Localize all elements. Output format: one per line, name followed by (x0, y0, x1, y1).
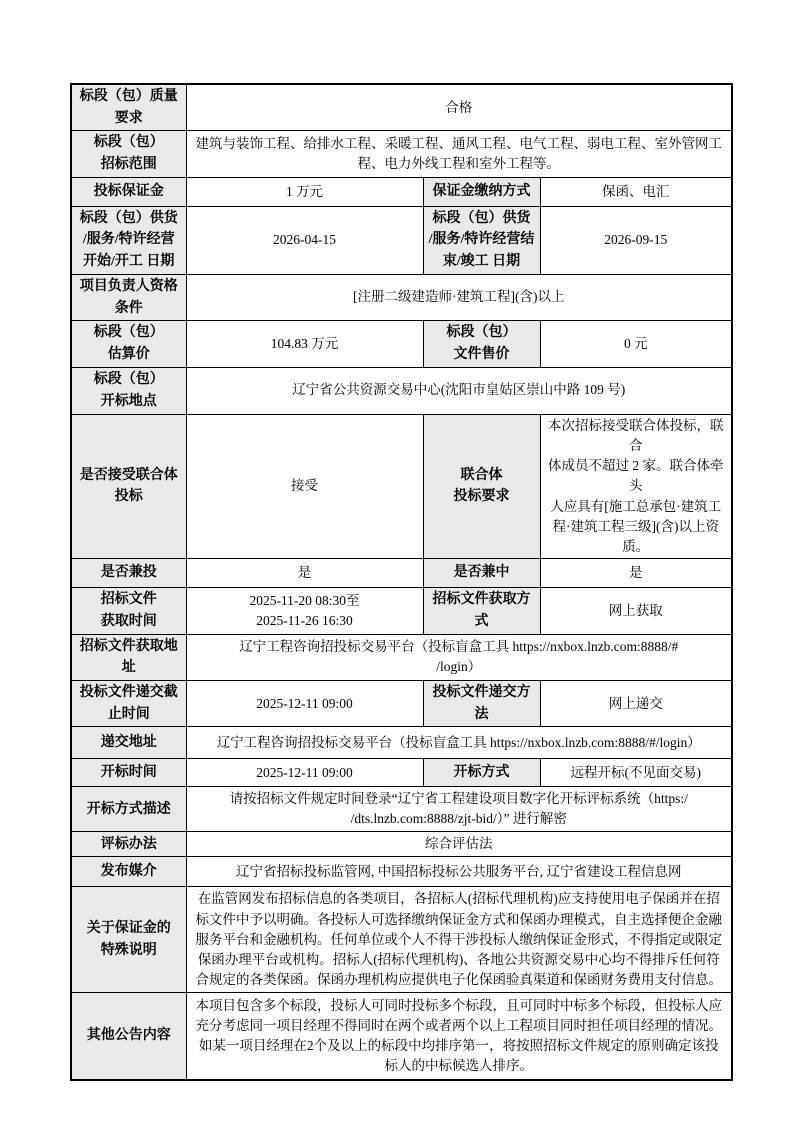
field-value: 104.83 万元 (186, 321, 423, 367)
field-label: 其他公告内容 (71, 993, 186, 1080)
field-label: 是否兼投 (71, 559, 186, 588)
field-label: 项目负责人资格 条件 (71, 274, 186, 320)
field-value: 2026-09-15 (540, 206, 732, 274)
table-row: 项目负责人资格 条件[注册二级建造师·建筑工程](含)以上 (71, 274, 732, 320)
field-value: 接受 (186, 414, 423, 559)
field-value: 本项目包含多个标段，投标人可同时投标多个标段，且可同时中标多个标段，但投标人应 … (186, 993, 732, 1080)
field-value: 辽宁工程咨询招投标交易平台（投标盲盒工具 https://nxbox.lnzb.… (186, 727, 732, 759)
field-label: 关于保证金的 特殊说明 (71, 887, 186, 993)
field-label: 联合体 投标要求 (423, 414, 540, 559)
field-value: 网上递交 (540, 681, 732, 727)
field-label: 标段（包） 招标范围 (71, 131, 186, 177)
field-value: 2025-11-20 08:30至 2025-11-26 16:30 (186, 588, 423, 634)
field-label: 招标文件获取地 址 (71, 634, 186, 680)
field-label: 招标文件获取方 式 (423, 588, 540, 634)
table-row: 投标文件递交截 止时间2025-12-11 09:00投标文件递交方 法网上递交 (71, 681, 732, 727)
field-label: 标段（包） 文件售价 (423, 321, 540, 367)
field-label: 是否兼中 (423, 559, 540, 588)
field-label: 递交地址 (71, 727, 186, 759)
table-row: 标段（包）供货 /服务/特许经营 开始/开工 日期2026-04-15标段（包）… (71, 206, 732, 274)
field-value: 2025-12-11 09:00 (186, 681, 423, 727)
table-row: 标段（包）质量 要求合格 (71, 84, 732, 131)
table-row: 评标办法综合评估法 (71, 832, 732, 857)
table-row: 招标文件 获取时间2025-11-20 08:30至 2025-11-26 16… (71, 588, 732, 634)
table-row: 关于保证金的 特殊说明在监管网发布招标信息的各类项目，各招标人(招标代理机构)应… (71, 887, 732, 993)
table-row: 投标保证金1 万元保证金缴纳方式保函、电汇 (71, 177, 732, 206)
field-value: 2025-12-11 09:00 (186, 759, 423, 787)
field-label: 投标保证金 (71, 177, 186, 206)
field-label: 标段（包） 开标地点 (71, 367, 186, 414)
table-row: 开标时间2025-12-11 09:00开标方式远程开标(不见面交易) (71, 759, 732, 787)
field-label: 投标文件递交截 止时间 (71, 681, 186, 727)
field-label: 开标方式 (423, 759, 540, 787)
field-value: [注册二级建造师·建筑工程](含)以上 (186, 274, 732, 320)
field-value: 建筑与装饰工程、给排水工程、采暖工程、通风工程、电气工程、弱电工程、室外管网工 … (186, 131, 732, 177)
tender-info-table: 标段（包）质量 要求合格标段（包） 招标范围建筑与装饰工程、给排水工程、采暖工程… (70, 83, 733, 1081)
table-row: 标段（包） 招标范围建筑与装饰工程、给排水工程、采暖工程、通风工程、电气工程、弱… (71, 131, 732, 177)
field-label: 标段（包）供货 /服务/特许经营结 束/竣工 日期 (423, 206, 540, 274)
field-value: 综合评估法 (186, 832, 732, 857)
table-row: 其他公告内容本项目包含多个标段，投标人可同时投标多个标段，且可同时中标多个标段，… (71, 993, 732, 1080)
field-value: 辽宁省公共资源交易中心(沈阳市皇姑区崇山中路 109 号) (186, 367, 732, 414)
field-value: 远程开标(不见面交易) (540, 759, 732, 787)
field-value: 是 (540, 559, 732, 588)
field-value: 合格 (186, 84, 732, 131)
table-row: 发布媒介辽宁省招标投标监管网, 中国招标投标公共服务平台, 辽宁省建设工程信息网 (71, 857, 732, 887)
field-value: 本次招标接受联合体投标，联合 体成员不超过 2 家。联合体牵头 人应具有[施工总… (540, 414, 732, 559)
field-value: 辽宁工程咨询招投标交易平台（投标盲盒工具 https://nxbox.lnzb.… (186, 634, 732, 680)
field-value: 是 (186, 559, 423, 588)
field-label: 发布媒介 (71, 857, 186, 887)
table-row: 递交地址辽宁工程咨询招投标交易平台（投标盲盒工具 https://nxbox.l… (71, 727, 732, 759)
field-label: 招标文件 获取时间 (71, 588, 186, 634)
table-row: 标段（包） 估算价104.83 万元标段（包） 文件售价0 元 (71, 321, 732, 367)
table-row: 招标文件获取地 址辽宁工程咨询招投标交易平台（投标盲盒工具 https://nx… (71, 634, 732, 680)
field-label: 标段（包）供货 /服务/特许经营 开始/开工 日期 (71, 206, 186, 274)
field-value: 辽宁省招标投标监管网, 中国招标投标公共服务平台, 辽宁省建设工程信息网 (186, 857, 732, 887)
tender-table-body: 标段（包）质量 要求合格标段（包） 招标范围建筑与装饰工程、给排水工程、采暖工程… (71, 84, 732, 1080)
field-label: 保证金缴纳方式 (423, 177, 540, 206)
field-value: 请按招标文件规定时间登录“辽宁省工程建设项目数字化开标评标系统（https:/ … (186, 787, 732, 832)
field-value: 1 万元 (186, 177, 423, 206)
field-label: 开标方式描述 (71, 787, 186, 832)
field-label: 评标办法 (71, 832, 186, 857)
field-value: 2026-04-15 (186, 206, 423, 274)
table-row: 开标方式描述请按招标文件规定时间登录“辽宁省工程建设项目数字化开标评标系统（ht… (71, 787, 732, 832)
field-value: 在监管网发布招标信息的各类项目，各招标人(招标代理机构)应支持使用电子保函并在招… (186, 887, 732, 993)
document-page: 标段（包）质量 要求合格标段（包） 招标范围建筑与装饰工程、给排水工程、采暖工程… (0, 0, 793, 1122)
field-label: 标段（包）质量 要求 (71, 84, 186, 131)
field-label: 投标文件递交方 法 (423, 681, 540, 727)
field-value: 网上获取 (540, 588, 732, 634)
field-value: 0 元 (540, 321, 732, 367)
field-label: 是否接受联合体 投标 (71, 414, 186, 559)
table-row: 是否兼投是是否兼中是 (71, 559, 732, 588)
table-row: 是否接受联合体 投标接受联合体 投标要求本次招标接受联合体投标，联合 体成员不超… (71, 414, 732, 559)
field-label: 标段（包） 估算价 (71, 321, 186, 367)
table-row: 标段（包） 开标地点辽宁省公共资源交易中心(沈阳市皇姑区崇山中路 109 号) (71, 367, 732, 414)
field-value: 保函、电汇 (540, 177, 732, 206)
field-label: 开标时间 (71, 759, 186, 787)
